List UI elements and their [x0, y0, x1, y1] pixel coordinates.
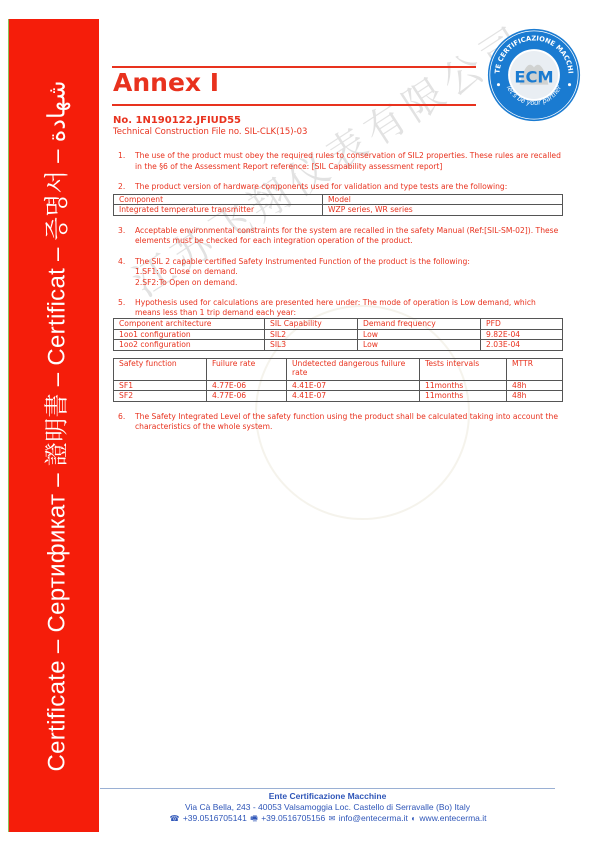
- annex-content: 1. The use of the product must obey the …: [113, 151, 563, 433]
- table-cell: 4.77E-06: [207, 391, 287, 402]
- safety-function-sf1: 1.SF1:To Close on demand.: [135, 267, 563, 278]
- clause-6: 6. The Safety Integrated Level of the sa…: [113, 412, 563, 433]
- clause-1: 1. The use of the product must obey the …: [113, 151, 563, 172]
- table-header-cell: PFD: [481, 319, 563, 330]
- table-cell: 4.41E-07: [287, 391, 420, 402]
- table-cell: Integrated temperature transmitter: [114, 205, 323, 216]
- table-header-cell: Tests intervals: [420, 358, 507, 380]
- hardware-components-table: Component Model Integrated temperature t…: [113, 194, 563, 216]
- table-header-cell: Component architecture: [114, 319, 265, 330]
- table-row: 1oo2 configuration SIL3 Low 2.03E-04: [114, 340, 563, 351]
- table-cell: 48h: [507, 380, 563, 391]
- table-header-row: Component Model: [114, 194, 563, 205]
- clause-text: Hypothesis used for calculations are pre…: [135, 298, 563, 317]
- table-row: SF1 4.77E-06 4.41E-07 11months 48h: [114, 380, 563, 391]
- title-rule-bottom: [112, 104, 476, 106]
- table-cell: Low: [358, 340, 481, 351]
- table-header-cell: Demand frequency: [358, 319, 481, 330]
- footer-fax: +39.0516705156: [261, 813, 325, 823]
- table-cell: SF2: [114, 391, 207, 402]
- clause-number: 3.: [118, 226, 125, 237]
- clause-text: The product version of hardware componen…: [135, 182, 563, 193]
- clause-number: 2.: [118, 182, 125, 193]
- safety-function-sf2: 2.SF2:To Open on demand.: [135, 278, 563, 289]
- footer-divider: [100, 788, 555, 789]
- clause-3: 3. Acceptable environmental constraints …: [113, 226, 563, 247]
- globe-icon: ◐: [411, 814, 416, 823]
- table-cell: 4.77E-06: [207, 380, 287, 391]
- fax-icon: 🖷: [250, 814, 258, 823]
- footer-contacts: ☎ +39.0516705141 🖷 +39.0516705156 ✉ info…: [100, 813, 555, 824]
- table-cell: SIL3: [265, 340, 358, 351]
- table-cell: 4.41E-07: [287, 380, 420, 391]
- table-cell: 9.82E-04: [481, 329, 563, 340]
- architecture-table: Component architecture SIL Capability De…: [113, 318, 563, 351]
- ecm-logo: ECM ENTE CERTIFICAZIONE MACCHINE let's b…: [486, 27, 582, 123]
- table-row: Integrated temperature transmitter WZP s…: [114, 205, 563, 216]
- email-icon: ✉: [329, 814, 336, 823]
- certificate-number: No. 1N190122.JFIUD55: [113, 115, 241, 126]
- table-row: 1oo1 configuration SIL2 Low 9.82E-04: [114, 329, 563, 340]
- safety-function-table: Safety function Fuilure rate Undetected …: [113, 358, 563, 402]
- table-header-row: Safety function Fuilure rate Undetected …: [114, 358, 563, 380]
- clause-number: 5.: [118, 298, 125, 308]
- clause-text: The use of the product must obey the req…: [135, 151, 563, 172]
- clause-number: 6.: [118, 412, 125, 423]
- table-cell: 2.03E-04: [481, 340, 563, 351]
- footer-address: Via Cà Bella, 243 - 40053 Valsamoggia Lo…: [100, 802, 555, 813]
- table-cell: 1oo1 configuration: [114, 329, 265, 340]
- footer-phone[interactable]: +39.0516705141: [183, 813, 247, 823]
- table-cell: 11months: [420, 380, 507, 391]
- certificate-side-band: Certificate – Сертификат – 證明書 – Certifi…: [8, 19, 99, 832]
- table-cell: SIL2: [265, 329, 358, 340]
- clause-number: 1.: [118, 151, 125, 162]
- table-cell: 1oo2 configuration: [114, 340, 265, 351]
- clause-2: 2. The product version of hardware compo…: [113, 182, 563, 216]
- table-header-cell: Fuilure rate: [207, 358, 287, 380]
- table-cell: 48h: [507, 391, 563, 402]
- logo-center-text: ECM: [514, 68, 553, 87]
- footer-email-link[interactable]: info@entecerma.it: [339, 813, 408, 823]
- table-cell: WZP series, WR series: [323, 205, 563, 216]
- clause-5: 5. Hypothesis used for calculations are …: [113, 298, 563, 402]
- side-band-text: Certificate – Сертификат – 證明書 – Certifi…: [37, 80, 72, 771]
- table-cell: 11months: [420, 391, 507, 402]
- table-header-cell: Model: [323, 194, 563, 205]
- footer: Ente Certificazione Macchine Via Cà Bell…: [100, 791, 555, 824]
- clause-text: The Safety Integrated Level of the safet…: [135, 412, 563, 433]
- footer-organization: Ente Certificazione Macchine: [100, 791, 555, 802]
- clause-4: 4. The SIL 2 capable certified Safety In…: [113, 257, 563, 289]
- clause-number: 4.: [118, 257, 125, 268]
- table-header-cell: Undetected dangerous fuilure rate: [287, 358, 420, 380]
- table-header-cell: Component: [114, 194, 323, 205]
- clause-text: Acceptable environmental constraints for…: [135, 226, 563, 247]
- table-header-cell: Safety function: [114, 358, 207, 380]
- table-header-cell: MTTR: [507, 358, 563, 380]
- table-cell: Low: [358, 329, 481, 340]
- technical-file-reference: Technical Construction File no. SIL-CLK(…: [113, 127, 307, 137]
- page-title: Annex I: [113, 68, 219, 97]
- clause-text: The SIL 2 capable certified Safety Instr…: [135, 257, 563, 268]
- table-cell: SF1: [114, 380, 207, 391]
- footer-website-link[interactable]: www.entecerma.it: [419, 813, 486, 823]
- table-row: SF2 4.77E-06 4.41E-07 11months 48h: [114, 391, 563, 402]
- table-header-cell: SIL Capability: [265, 319, 358, 330]
- phone-icon: ☎: [169, 814, 179, 823]
- table-header-row: Component architecture SIL Capability De…: [114, 319, 563, 330]
